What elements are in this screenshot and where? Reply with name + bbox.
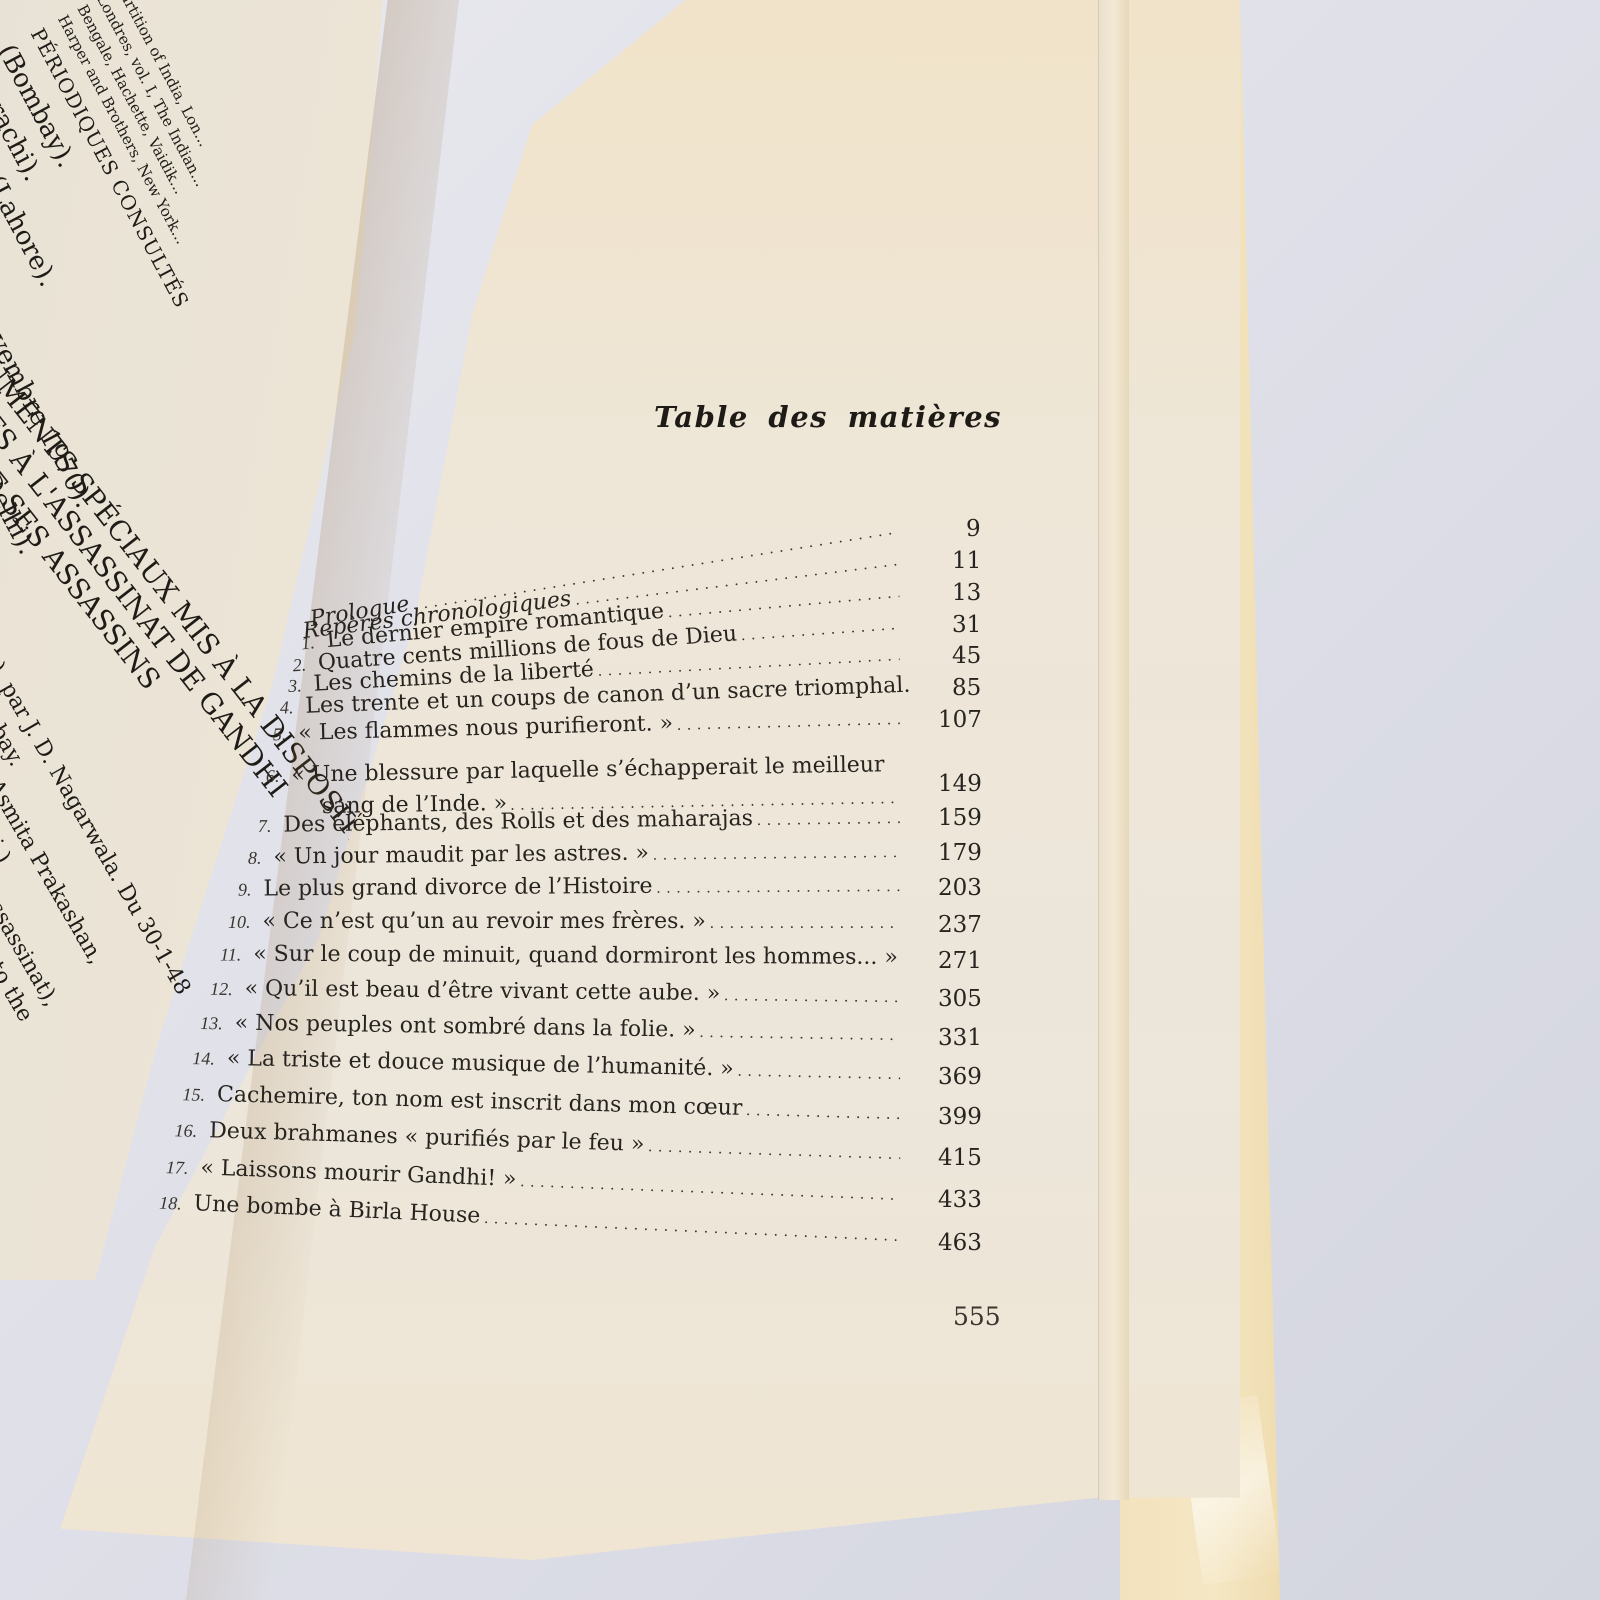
toc-page-number: 433 bbox=[938, 1187, 982, 1213]
chapter-number: 11. bbox=[220, 944, 241, 965]
toc-entry-line: 8.« Un jour maudit par les astres. »....… bbox=[248, 838, 900, 870]
toc-page-number: 399 bbox=[938, 1104, 982, 1130]
toc-entry-line: 15.Cachemire, ton nom est inscrit dans m… bbox=[182, 1081, 900, 1125]
toc-page-number: 13 bbox=[952, 580, 981, 606]
toc-page-number: 9 bbox=[966, 516, 981, 542]
chapter-title: « Un jour maudit par les astres. » bbox=[273, 841, 649, 870]
toc-entry-line: 10.« Ce n’est qu’un au revoir mes frères… bbox=[228, 909, 900, 934]
toc-page-number: 31 bbox=[952, 612, 981, 638]
toc-page-number: 45 bbox=[952, 643, 981, 669]
toc-page-number: 237 bbox=[938, 912, 982, 938]
dot-leader: ........................................… bbox=[740, 616, 899, 645]
dot-leader: ........................................… bbox=[738, 1063, 901, 1084]
chapter-number: 5. bbox=[273, 724, 287, 745]
toc-entry-line: 9.Le plus grand divorce de l’Histoire...… bbox=[238, 872, 900, 902]
dot-leader: ........................................… bbox=[914, 678, 915, 696]
toc-page-number: 415 bbox=[938, 1145, 982, 1171]
chapter-number: 18. bbox=[159, 1193, 182, 1215]
toc-page-number: 159 bbox=[938, 805, 982, 831]
chapter-number: 9. bbox=[238, 880, 252, 901]
toc-page-number: 11 bbox=[952, 548, 981, 574]
chapter-number: 17. bbox=[166, 1157, 189, 1179]
chapter-title: « Une blessure par laquelle s’échapperai… bbox=[291, 752, 885, 787]
chapter-number: 6. bbox=[266, 766, 280, 787]
toc-entry-line: 14.« La triste et douce musique de l’hum… bbox=[192, 1045, 900, 1085]
chapter-number: 13. bbox=[200, 1013, 223, 1034]
chapter-number: 7. bbox=[258, 816, 272, 837]
chapter-number: 10. bbox=[228, 912, 251, 933]
dot-leader: ........................................… bbox=[757, 810, 900, 830]
chapter-number: 15. bbox=[182, 1084, 205, 1106]
dot-leader: ........................................… bbox=[653, 844, 900, 865]
dot-leader: ........................................… bbox=[677, 711, 900, 735]
chapter-number: 14. bbox=[192, 1048, 215, 1069]
chapter-title: « Ce n’est qu’un au revoir mes frères. » bbox=[263, 909, 706, 934]
chapter-number: 16. bbox=[174, 1120, 197, 1142]
toc-entry-line: 6.« Une blessure par laquelle s’échapper… bbox=[266, 752, 900, 788]
toc-page-number: 107 bbox=[938, 707, 982, 733]
dot-leader: ........................................… bbox=[724, 987, 900, 1007]
toc-page-number: 179 bbox=[938, 840, 982, 866]
dot-leader: ........................................… bbox=[648, 1138, 901, 1164]
dot-leader: ........................................… bbox=[520, 1173, 901, 1205]
chapter-title: « Qu’il est beau d’être vivant cette aub… bbox=[245, 976, 721, 1006]
dot-leader: ........................................… bbox=[484, 1210, 901, 1246]
toc-page-number: 85 bbox=[952, 675, 981, 701]
chapter-title: Cachemire, ton nom est inscrit dans mon … bbox=[217, 1082, 743, 1121]
toc-page-number: 331 bbox=[938, 1025, 982, 1051]
toc-entry-line: 12.« Qu’il est beau d’être vivant cette … bbox=[210, 976, 900, 1008]
toc-page-number: 203 bbox=[938, 875, 982, 901]
toc-entry-line: 13.« Nos peuples ont sombré dans la foli… bbox=[200, 1010, 900, 1046]
chapter-number: 8. bbox=[248, 848, 262, 869]
toc-page-number: 369 bbox=[938, 1064, 982, 1090]
chapter-title: « La triste et douce musique de l’humani… bbox=[227, 1046, 734, 1082]
chapter-title: Le plus grand divorce de l’Histoire bbox=[263, 874, 652, 902]
dot-leader: ........................................… bbox=[746, 1102, 900, 1124]
table-of-contents: Prologue................................… bbox=[0, 0, 1600, 1600]
toc-entry-line: 11.« Sur le coup de minuit, quand dormir… bbox=[220, 941, 900, 970]
chapter-title: « Laissons mourir Gandhi! » bbox=[200, 1155, 517, 1192]
chapter-title: Une bombe à Birla House bbox=[193, 1191, 481, 1228]
page-number: 555 bbox=[953, 1302, 1001, 1331]
chapter-number: 12. bbox=[210, 979, 233, 1000]
toc-page-number: 271 bbox=[938, 948, 982, 974]
toc-page-number: 149 bbox=[938, 771, 982, 797]
chapter-title: « Nos peuples ont sombré dans la folie. … bbox=[235, 1011, 696, 1043]
dot-leader: ........................................… bbox=[699, 1024, 900, 1045]
toc-page-number: 463 bbox=[938, 1230, 982, 1256]
dot-leader: ........................................… bbox=[710, 915, 900, 933]
chapter-number: 4. bbox=[280, 697, 294, 718]
chapter-title: « Sur le coup de minuit, quand dormiront… bbox=[253, 942, 898, 970]
chapter-title: Des éléphants, des Rolls et des maharaja… bbox=[283, 806, 753, 838]
toc-page-number: 305 bbox=[938, 986, 982, 1012]
chapter-title: Deux brahmanes « purifiés par le feu » bbox=[209, 1118, 645, 1157]
dot-leader: ........................................… bbox=[656, 878, 900, 898]
